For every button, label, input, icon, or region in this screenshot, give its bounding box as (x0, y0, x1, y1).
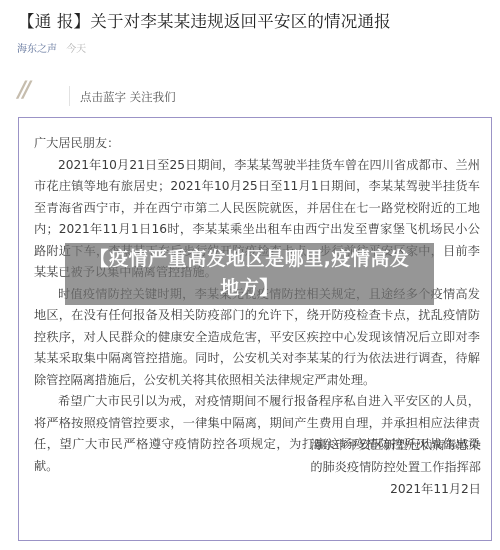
signature-date: 2021年11月2日 (310, 478, 481, 500)
publish-date: 今天 (66, 44, 86, 55)
signature-line-2: 的肺炎疫情防控处置工作指挥部 (310, 456, 481, 478)
overlay-caption: 【疫情严重高发地区是哪里,疫情高发 地方】 (65, 243, 434, 305)
author-link[interactable]: 海东之声 (17, 44, 57, 55)
article-meta: 海东之声 今天 (17, 40, 86, 55)
overlay-line-2: 地方】 (65, 274, 434, 303)
follow-prompt[interactable]: 点击蓝字 关注我们 (80, 89, 176, 105)
quote-icon: // (18, 80, 28, 102)
greeting: 广大居民朋友： (34, 133, 480, 155)
signature: 海东市平安区新型冠状病毒感染 的肺炎疫情防控处置工作指挥部 2021年11月2日 (310, 434, 481, 500)
article-title: 【通 报】关于对李某某违规返回平安区的情况通报 (18, 8, 391, 32)
overlay-line-1: 【疫情严重高发地区是哪里,疫情高发 (65, 245, 434, 274)
notice-content: 广大居民朋友： 2021年10月21日至25日期间，李某某驾驶半挂货车曾在四川省… (34, 133, 480, 477)
divider (69, 86, 70, 106)
signature-line-1: 海东市平安区新型冠状病毒感染 (310, 434, 481, 456)
